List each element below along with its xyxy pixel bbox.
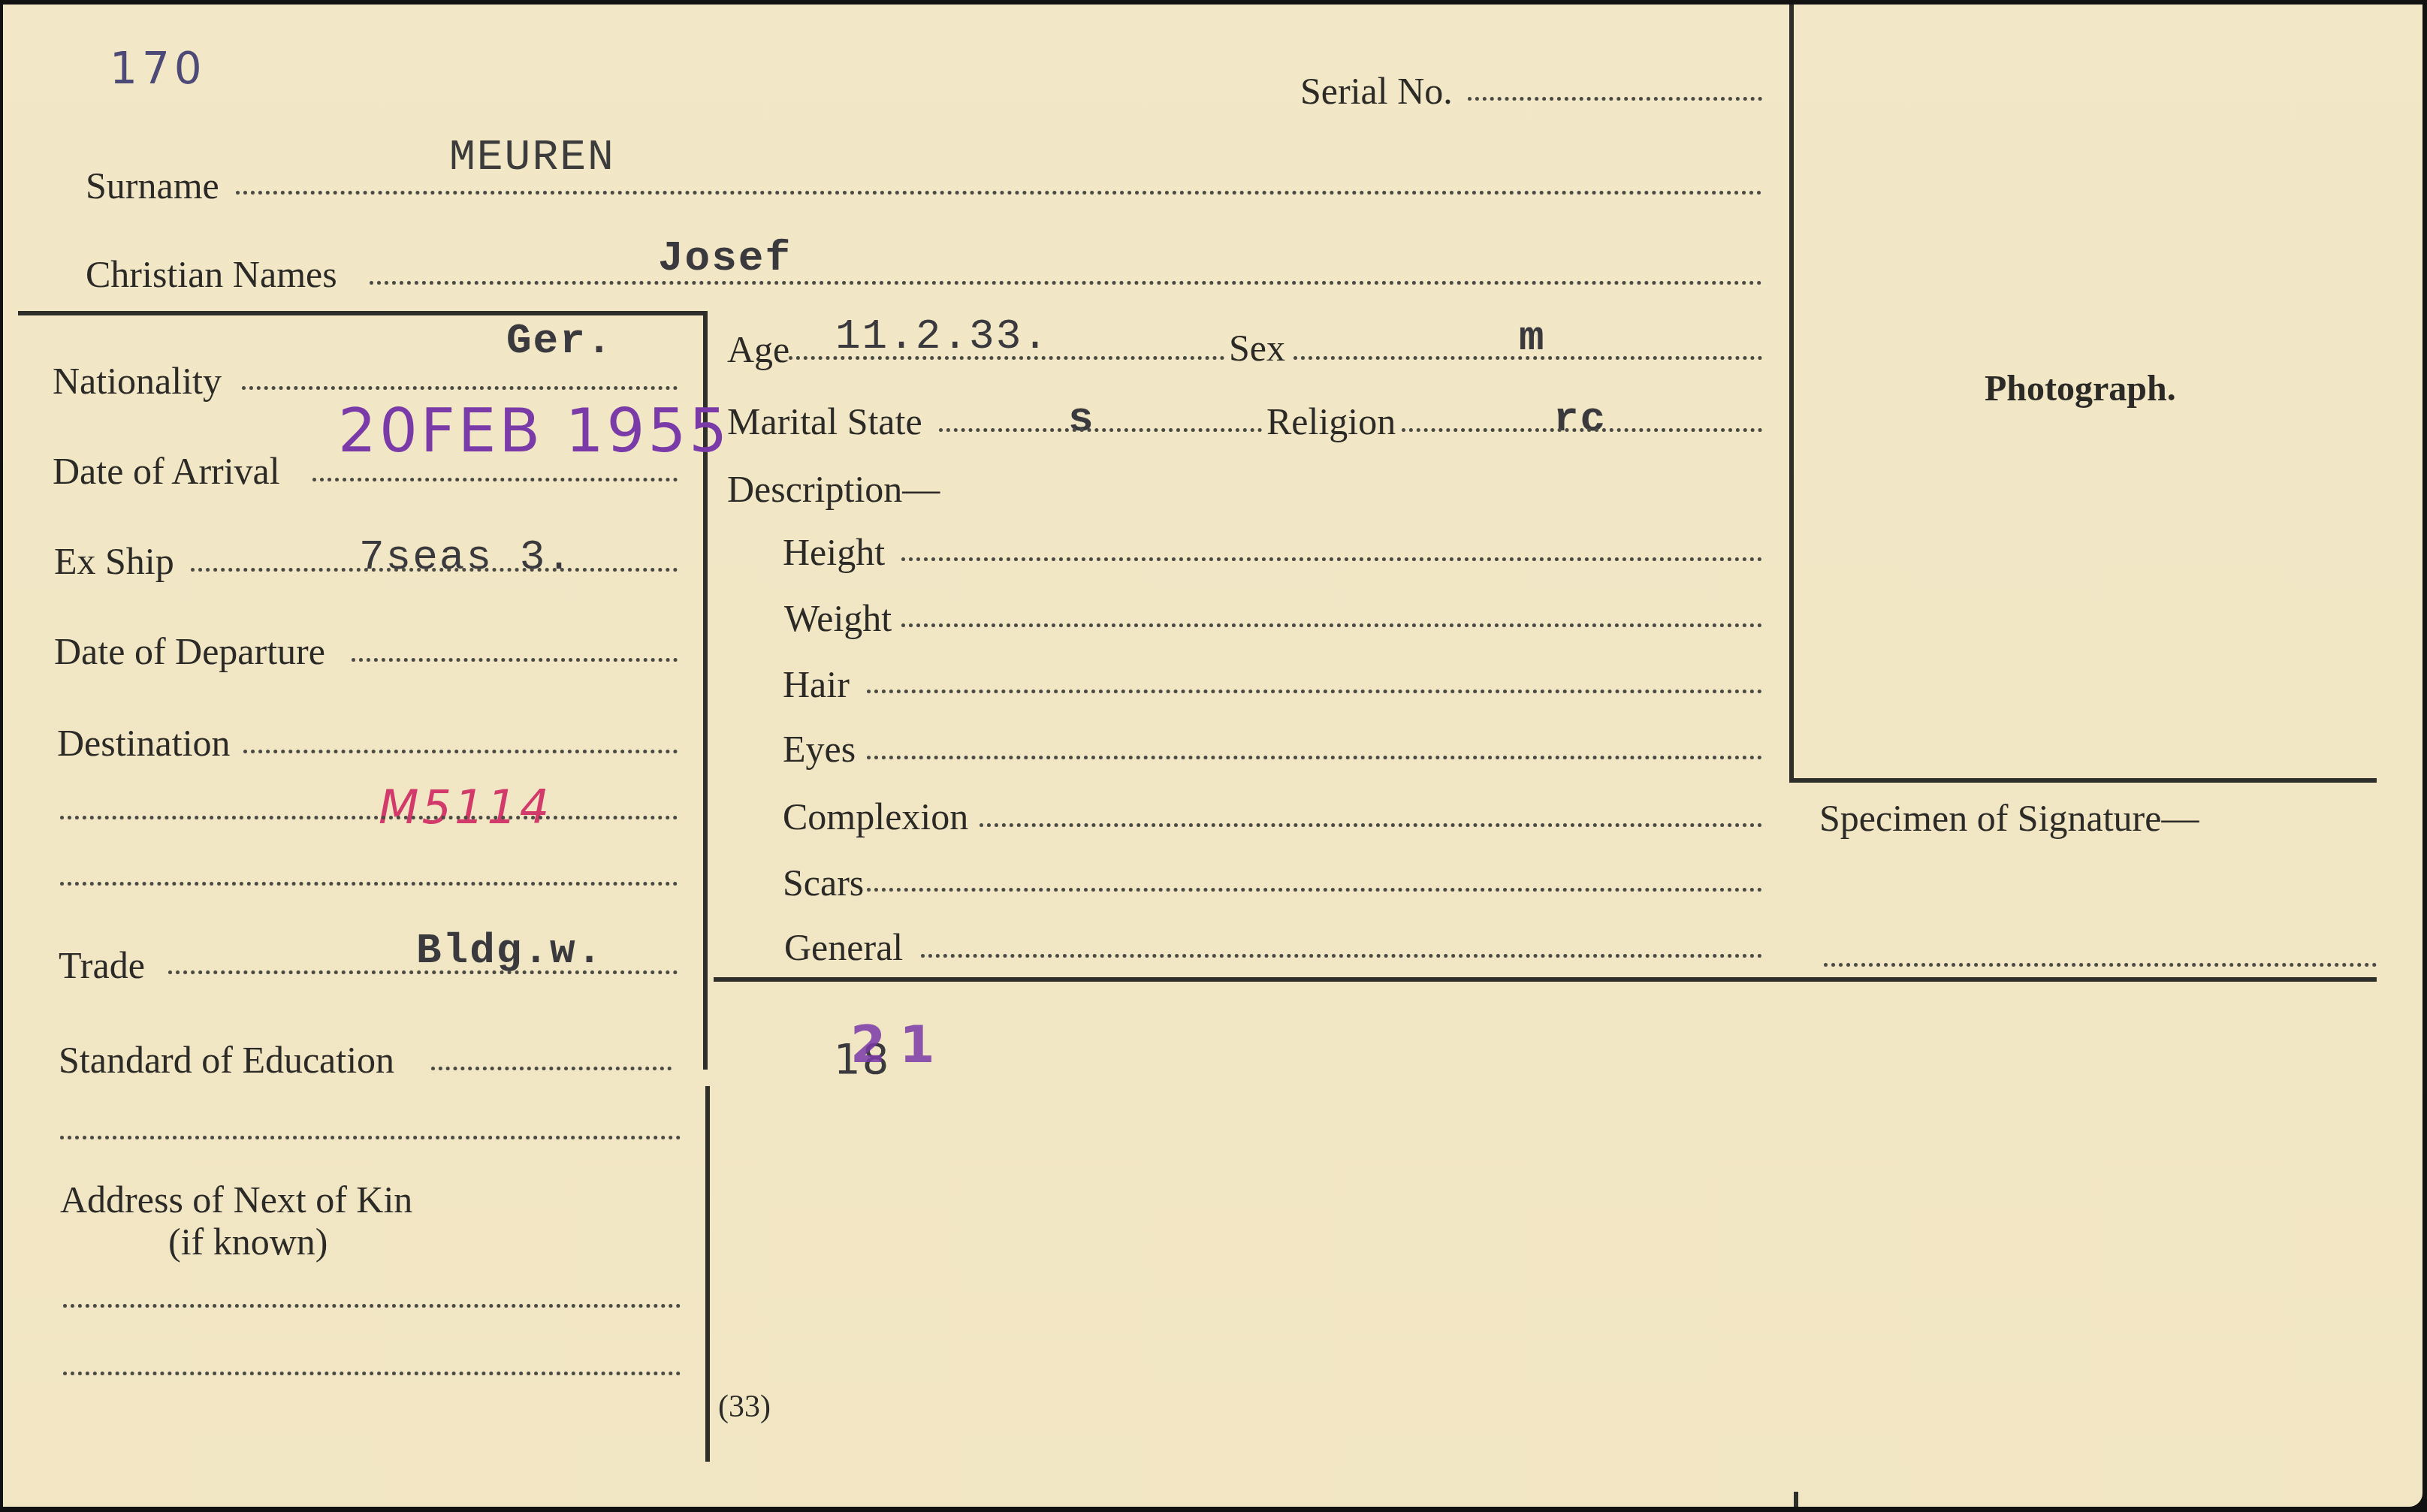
standard-of-education-field[interactable] xyxy=(431,1067,672,1070)
left-box-top-border xyxy=(18,311,708,315)
age-value: 11.2.33. xyxy=(835,315,1049,358)
age-field[interactable] xyxy=(789,356,1224,360)
scars-field[interactable] xyxy=(867,888,1762,892)
standard-of-education-label: Standard of Education xyxy=(59,1041,394,1079)
next-of-kin-label: Address of Next of Kin xyxy=(60,1181,412,1218)
stamped-annotation: 21 xyxy=(850,1016,949,1075)
religion-label: Religion xyxy=(1266,403,1396,440)
eyes-label: Eyes xyxy=(783,730,856,768)
card-number: 170 xyxy=(110,47,207,90)
height-field[interactable] xyxy=(901,557,1762,561)
destination-field[interactable] xyxy=(243,750,678,753)
registration-card: 170 Serial No. MEUREN Surname Josef Chri… xyxy=(3,5,2422,1507)
religion-field[interactable] xyxy=(1402,428,1762,432)
date-of-arrival-label: Date of Arrival xyxy=(53,452,280,490)
age-label: Age xyxy=(727,330,789,368)
next-of-kin-field-line-1[interactable] xyxy=(63,1304,681,1308)
weight-field[interactable] xyxy=(901,623,1762,627)
marital-state-label: Marital State xyxy=(727,403,922,440)
christian-names-value: Josef xyxy=(658,237,792,279)
next-of-kin-sublabel: (if known) xyxy=(168,1223,328,1260)
surname-label: Surname xyxy=(86,167,219,204)
christian-names-field[interactable] xyxy=(370,281,1762,285)
form-code: (33) xyxy=(718,1391,771,1423)
ex-ship-value: 7seas 3. xyxy=(359,536,573,578)
description-heading: Description— xyxy=(727,470,940,508)
trade-field[interactable] xyxy=(168,970,678,974)
ex-ship-field[interactable] xyxy=(191,568,678,572)
nationality-value: Ger. xyxy=(506,320,613,362)
date-of-arrival-field[interactable] xyxy=(312,478,678,481)
signature-label: Specimen of Signature— xyxy=(1819,799,2199,837)
photo-box-bottom-border xyxy=(1789,778,2377,783)
general-label: General xyxy=(784,928,903,966)
serial-label: Serial No. xyxy=(1300,72,1453,110)
nationality-field[interactable] xyxy=(242,386,678,390)
destination-field-line-3[interactable] xyxy=(60,882,678,886)
destination-handwritten-note: M5114 xyxy=(379,784,552,831)
photograph-label: Photograph. xyxy=(1985,368,2176,409)
trade-value: Bldg.w. xyxy=(416,930,603,972)
complexion-label: Complexion xyxy=(783,798,968,835)
christian-names-label: Christian Names xyxy=(86,255,337,293)
complexion-field[interactable] xyxy=(980,823,1762,827)
weight-label: Weight xyxy=(784,599,892,637)
middle-divider-lower xyxy=(705,1086,710,1462)
hair-label: Hair xyxy=(783,665,850,703)
bottom-tick xyxy=(1794,1492,1798,1507)
religion-value: rc xyxy=(1553,398,1607,440)
ex-ship-label: Ex Ship xyxy=(54,542,174,580)
sex-value: m xyxy=(1519,317,1546,359)
height-label: Height xyxy=(783,533,885,571)
marital-state-value: s xyxy=(1068,398,1095,440)
destination-label: Destination xyxy=(57,724,231,762)
education-field-line-2[interactable] xyxy=(60,1136,681,1139)
description-bottom-rule xyxy=(714,977,2377,982)
surname-value: MEUREN xyxy=(449,137,615,180)
serial-field[interactable] xyxy=(1468,97,1762,101)
hair-field[interactable] xyxy=(867,690,1762,693)
marital-state-field[interactable] xyxy=(939,428,1262,432)
signature-field[interactable] xyxy=(1824,963,2377,967)
general-field[interactable] xyxy=(921,954,1762,958)
destination-field-line-2[interactable] xyxy=(60,816,678,819)
date-of-departure-label: Date of Departure xyxy=(54,632,325,670)
sex-field[interactable] xyxy=(1293,356,1762,360)
date-of-departure-field[interactable] xyxy=(352,658,678,662)
eyes-field[interactable] xyxy=(867,756,1762,759)
photo-box-left-border xyxy=(1789,5,1794,781)
arrival-date-stamp: 20FEB 1955 xyxy=(338,401,730,461)
next-of-kin-field-line-2[interactable] xyxy=(63,1372,681,1375)
nationality-label: Nationality xyxy=(53,362,222,400)
scars-label: Scars xyxy=(783,864,864,901)
surname-field[interactable] xyxy=(236,191,1762,195)
sex-label: Sex xyxy=(1229,329,1285,367)
trade-label: Trade xyxy=(59,946,145,984)
